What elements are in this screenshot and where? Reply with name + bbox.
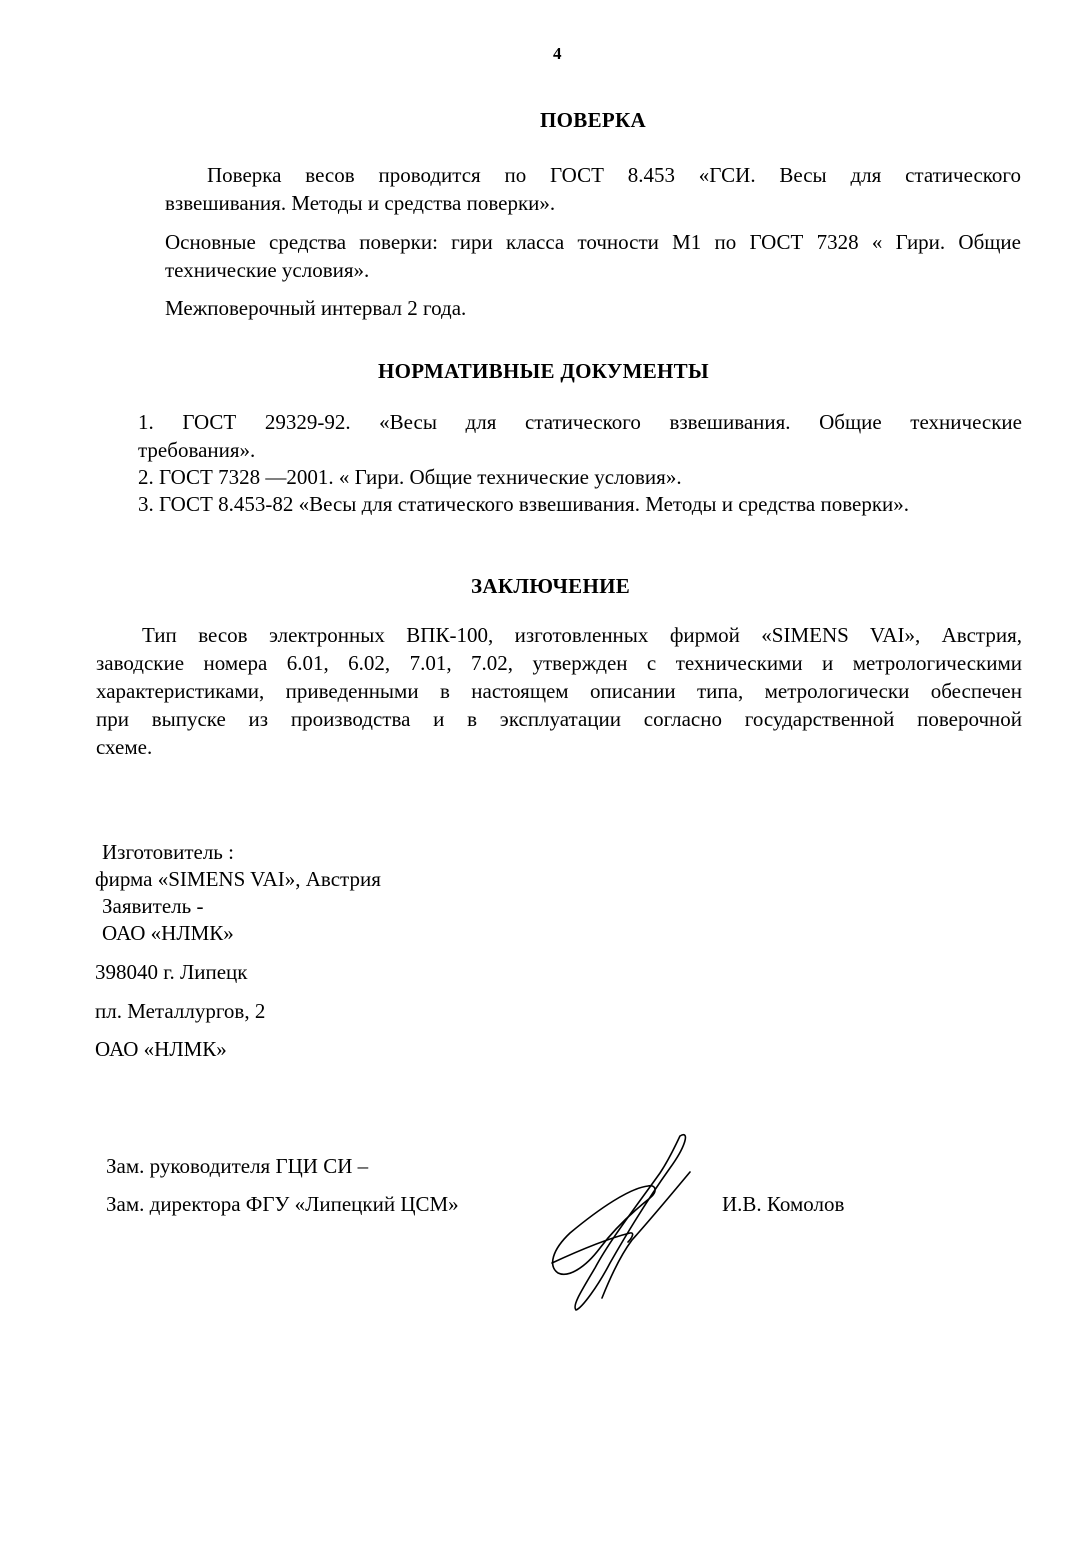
applicant-label: Заявитель -	[102, 892, 203, 921]
conclusion-line-5: схеме.	[96, 733, 152, 762]
normative-item-1-line1: 1. ГОСТ 29329-92. «Весы для статического…	[138, 408, 1022, 437]
address-org: ОАО «НЛМК»	[95, 1035, 227, 1064]
address-city: 398040 г. Липецк	[95, 958, 247, 987]
page-number: 4	[553, 44, 562, 64]
normative-item-2: 2. ГОСТ 7328 —2001. « Гири. Общие технич…	[138, 463, 682, 492]
verification-para1-line1: Поверка весов проводится по ГОСТ 8.453 «…	[165, 161, 1021, 190]
address-street: пл. Металлургов, 2	[95, 997, 265, 1026]
heading-conclusion: ЗАКЛЮЧЕНИЕ	[471, 574, 630, 599]
conclusion-line-4: при выпуске из производства и в эксплуат…	[96, 705, 1022, 734]
heading-normative-documents: НОРМАТИВНЫЕ ДОКУМЕНТЫ	[378, 359, 709, 384]
verification-para2-line2: технические условия».	[165, 256, 369, 285]
signer-title-line1: Зам. руководителя ГЦИ СИ –	[106, 1152, 368, 1181]
normative-item-3: 3. ГОСТ 8.453-82 «Весы для статического …	[138, 490, 909, 519]
verification-para2-line1: Основные средства поверки: гири класса т…	[165, 228, 1021, 257]
signer-name: И.В. Комолов	[722, 1190, 844, 1219]
verification-para1-line2: взвешивания. Методы и средства поверки».	[165, 189, 555, 218]
heading-verification: ПОВЕРКА	[540, 108, 646, 133]
signer-title-line2: Зам. директора ФГУ «Липецкий ЦСМ»	[106, 1190, 459, 1219]
conclusion-line-1: Тип весов электронных ВПК-100, изготовле…	[96, 621, 1022, 650]
signature-icon	[540, 1128, 700, 1318]
conclusion-line-3: характеристиками, приведенными в настоящ…	[96, 677, 1022, 706]
manufacturer-label: Изготовитель :	[102, 838, 234, 867]
verification-interval: Межповерочный интервал 2 года.	[165, 294, 466, 323]
applicant-name: ОАО «НЛМК»	[102, 919, 234, 948]
conclusion-line-2: заводские номера 6.01, 6.02, 7.01, 7.02,…	[96, 649, 1022, 678]
normative-item-1-line2: требования».	[138, 436, 255, 465]
manufacturer-name: фирма «SIMENS VAI», Австрия	[95, 865, 381, 894]
